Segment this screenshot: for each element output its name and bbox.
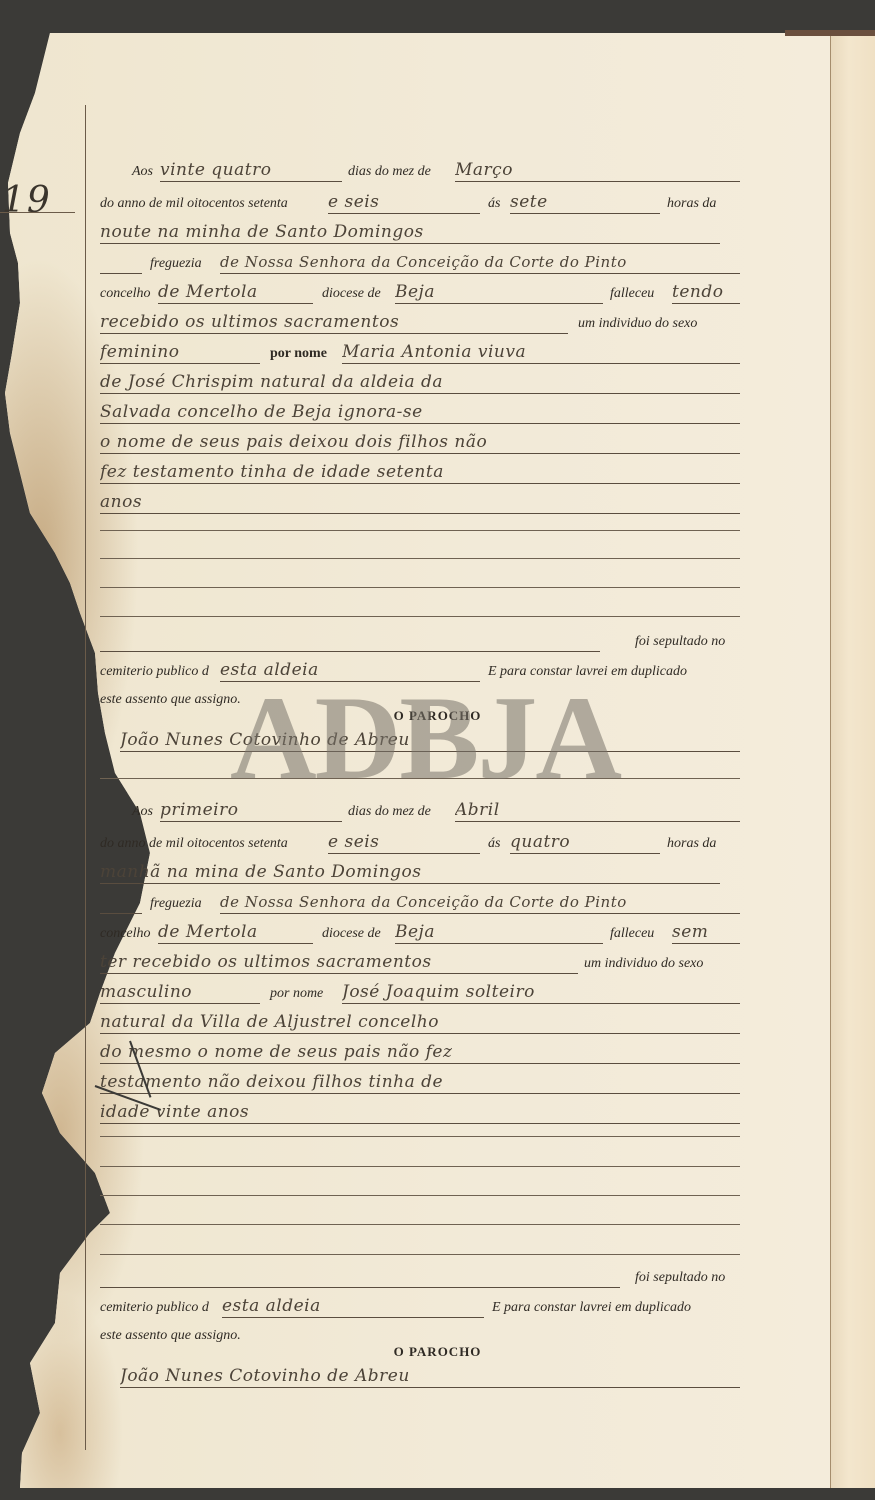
blank-rule — [100, 530, 740, 531]
cemiterio-field: esta aldeia — [222, 1295, 484, 1318]
as-label: ás — [488, 836, 500, 852]
sepultado-label: foi sepultado no — [635, 634, 725, 650]
falleceu-label: falleceu — [610, 926, 654, 942]
details-line-4: fez testamento tinha de idade setenta — [100, 461, 740, 484]
blank-rule — [100, 616, 740, 617]
name-field: José Joaquim solteiro — [342, 981, 740, 1004]
time-place-field: noute na minha de Santo Domingos — [100, 221, 720, 244]
diocese-label: diocese de — [322, 926, 381, 942]
diocese-label: diocese de — [322, 286, 381, 302]
blank-field — [100, 629, 600, 652]
constar-label: E para constar lavrei em duplicado — [492, 1300, 691, 1316]
book-spine — [785, 30, 875, 36]
por-nome-label: por nome — [270, 986, 323, 1002]
dias-label: dias do mez de — [348, 164, 431, 180]
watermark: ADBJA — [230, 678, 620, 798]
anno-label: do anno de mil oitocentos setenta — [100, 196, 288, 212]
freguezia-field: de Nossa Senhora da Conceição da Corte d… — [220, 251, 740, 274]
aos-label: Aos — [132, 804, 153, 820]
hour-field: sete — [510, 191, 660, 214]
facing-page-edge — [830, 33, 875, 1488]
concelho-label: concelho — [100, 926, 151, 942]
blank-rule — [100, 587, 740, 588]
signature-field: João Nunes Cotovinho de Abreu — [120, 1365, 740, 1388]
blank-rule — [100, 1166, 740, 1167]
blank-field — [100, 1265, 620, 1288]
blank-field — [100, 251, 142, 274]
freguezia-label: freguezia — [150, 896, 202, 912]
anno-label: do anno de mil oitocentos setenta — [100, 836, 288, 852]
individuo-label: um individuo do sexo — [578, 316, 697, 332]
blank-rule — [100, 1136, 740, 1137]
year-field: e seis — [328, 191, 480, 214]
concelho-field: de Mertola — [158, 921, 313, 944]
cemiterio-label: cemiterio publico d — [100, 1300, 209, 1316]
individuo-label: um individuo do sexo — [584, 956, 703, 972]
assento-label: este assento que assigno. — [100, 1328, 241, 1344]
blank-rule — [100, 1195, 740, 1196]
month-field: Abril — [455, 799, 740, 822]
aos-label: Aos — [132, 164, 153, 180]
day-field: primeiro — [160, 799, 342, 822]
details-line-3: testamento não deixou filhos tinha de — [100, 1071, 740, 1094]
falleceu-field: tendo — [672, 281, 740, 304]
sacraments-field: recebido os ultimos sacramentos — [100, 311, 568, 334]
horas-label: horas da — [667, 836, 716, 852]
cemiterio-label: cemiterio publico d — [100, 664, 209, 680]
blank-rule — [100, 558, 740, 559]
falleceu-label: falleceu — [610, 286, 654, 302]
freguezia-field: de Nossa Senhora da Conceição da Corte d… — [220, 891, 740, 914]
diocese-field: Beja — [395, 921, 603, 944]
sex-field: masculino — [100, 981, 260, 1004]
blank-rule — [100, 1254, 740, 1255]
name-field: Maria Antonia viuva — [342, 341, 740, 364]
entry-number-rule — [0, 212, 75, 213]
details-line-2: do mesmo o nome de seus pais não fez — [100, 1041, 740, 1064]
details-line-1: de José Chrispim natural da aldeia da — [100, 371, 740, 394]
freguezia-label: freguezia — [150, 256, 202, 272]
sacraments-field: ter recebido os ultimos sacramentos — [100, 951, 578, 974]
falleceu-field: sem — [672, 921, 740, 944]
margin-rule — [85, 105, 86, 1450]
time-place-field: manhã na mina de Santo Domingos — [100, 861, 720, 884]
concelho-label: concelho — [100, 286, 151, 302]
assento-label: este assento que assigno. — [100, 692, 241, 708]
entry-number: 19 — [2, 180, 72, 221]
day-field: vinte quatro — [160, 159, 342, 182]
as-label: ás — [488, 196, 500, 212]
por-nome-label: por nome — [270, 346, 327, 362]
blank-field — [100, 891, 142, 914]
parocho-heading: O PAROCHO — [0, 1344, 875, 1360]
sepultado-label: foi sepultado no — [635, 1270, 725, 1286]
details-line-3: o nome de seus pais deixou dois filhos n… — [100, 431, 740, 454]
hour-field: quatro — [510, 831, 660, 854]
concelho-field: de Mertola — [158, 281, 313, 304]
details-line-5: anos — [100, 491, 740, 514]
year-field: e seis — [328, 831, 480, 854]
dias-label: dias do mez de — [348, 804, 431, 820]
sex-field: feminino — [100, 341, 260, 364]
horas-label: horas da — [667, 196, 716, 212]
diocese-field: Beja — [395, 281, 603, 304]
details-line-1: natural da Villa de Aljustrel concelho — [100, 1011, 740, 1034]
blank-rule — [100, 1224, 740, 1225]
month-field: Março — [455, 159, 740, 182]
details-line-2: Salvada concelho de Beja ignora-se — [100, 401, 740, 424]
details-line-4: idade vinte anos — [100, 1101, 740, 1124]
